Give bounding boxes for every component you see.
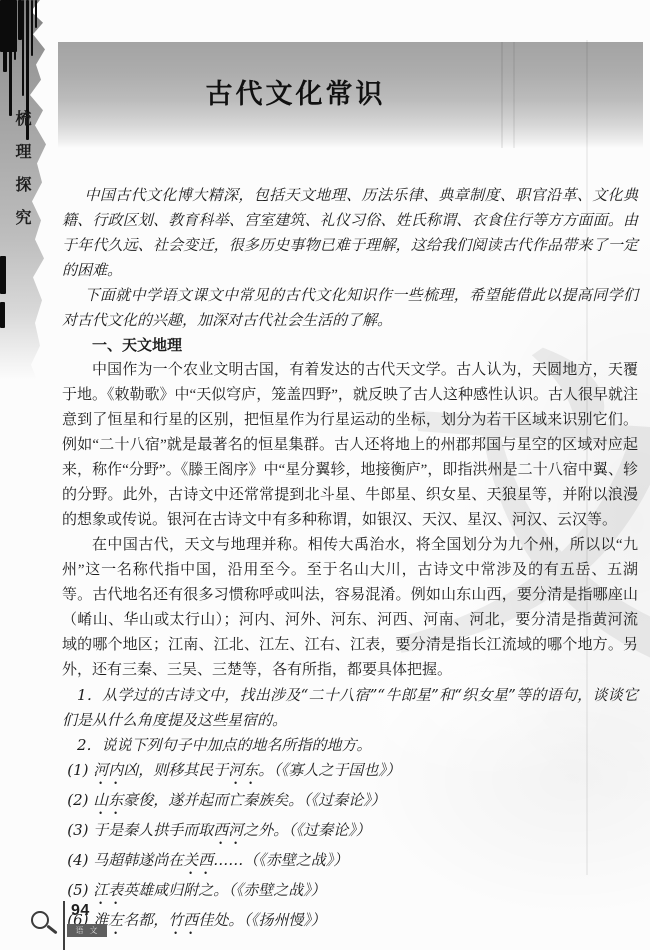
text-segment: 马超韩遂尚在 <box>93 851 183 869</box>
dotted-place-name: 河内 <box>93 761 123 779</box>
text-segment: 名都， <box>123 911 168 929</box>
text-segment: 于是秦人拱手而取 <box>93 821 213 839</box>
textbook-page: { "page": { "title": "古代文化常识", "sidebar_… <box>0 0 650 950</box>
intro-paragraph: 下面就中学语文课文中常见的古代文化知识作一些梳理，希望能借此以提高同学们对古代文… <box>62 283 638 333</box>
page-number: 94 <box>71 902 90 920</box>
text-segment: 。（《寡人之于国也》） <box>258 761 401 779</box>
exercise-item-2: (2) 山东豪俊，遂并起而亡秦族矣。（《过秦论》） <box>62 788 638 818</box>
text-segment: (5) <box>67 881 93 899</box>
text-segment: 豪俊，遂并起而亡秦族矣。（《过秦论》） <box>123 791 386 809</box>
dotted-place-name: 江表 <box>93 881 123 899</box>
text-segment: 英雄咸归附之。（《赤壁之战》） <box>123 881 326 899</box>
spine-ink-streak <box>35 0 37 28</box>
page-title: 古代文化常识 <box>3 42 588 111</box>
exercise-item-4: (4) 马超韩遂尚在关西……（《赤壁之战》） <box>62 848 638 878</box>
section-heading: 一、天文地理 <box>62 333 638 358</box>
exercise-question-1: 1．从学过的古诗文中，找出涉及“二十八宿”“牛郎星”和“织女星”等的语句，谈谈它… <box>62 683 638 733</box>
body-paragraph: 中国作为一个农业文明古国，有着发达的古代天文学。古人认为，天圆地方，天覆于地。《… <box>62 358 638 533</box>
text-segment: (2) <box>67 791 93 809</box>
main-text-column: 中国古代文化博大精深，包括天文地理、历法乐律、典章制度、职官沿革、文化典籍、行政… <box>62 183 638 938</box>
chapter-title-banner: 古代文化常识 <box>58 42 643 148</box>
body-paragraph: 在中国古代，天文与地理并称。相传大禹治水，将全国划分为九个州，所以以“九州”这一… <box>62 533 638 683</box>
magnifier-icon-handle <box>46 925 57 935</box>
spine-ink-streak <box>3 0 7 72</box>
unit-vertical-label: 梳理探究 <box>11 110 34 242</box>
dotted-place-name: 西河 <box>213 821 243 839</box>
subject-badge: 语文 <box>67 924 107 937</box>
dotted-place-name: 河东 <box>228 761 258 779</box>
text-segment: ……（《赤壁之战》） <box>213 851 348 869</box>
exercise-item-1: (1) 河内凶，则移其民于河东。（《寡人之于国也》） <box>62 758 638 788</box>
dotted-place-name: 关西 <box>183 851 213 869</box>
text-segment: (1) <box>67 761 93 779</box>
text-segment: (4) <box>67 851 93 869</box>
exercise-item-5: (5) 江表英雄咸归附之。（《赤壁之战》） <box>62 878 638 908</box>
text-segment: 之外。（《过秦论》） <box>243 821 371 839</box>
text-segment: 佳处。（《扬州慢》） <box>198 911 326 929</box>
spine-ink-dash <box>0 302 5 328</box>
exercise-item-6: (6) 淮左名都，竹西佳处。（《扬州慢》） <box>62 908 638 938</box>
exercise-item-3: (3) 于是秦人拱手而取西河之外。（《过秦论》） <box>62 818 638 848</box>
spine-ink-streak <box>14 0 16 60</box>
spine-ink-dash <box>0 256 6 294</box>
spine-ink-streak <box>31 0 33 56</box>
dotted-place-name: 山东 <box>93 791 123 809</box>
intro-paragraph: 中国古代文化博大精深，包括天文地理、历法乐律、典章制度、职官沿革、文化典籍、行政… <box>62 183 638 283</box>
dotted-place-name: 竹西 <box>168 911 198 929</box>
footer-divider <box>63 901 65 950</box>
spine-ink-streak <box>22 0 24 96</box>
exercise-question-2-lead: 2．说说下列句子中加点的地名所指的地方。 <box>62 733 638 758</box>
spine-ink-streak <box>9 0 12 116</box>
text-segment: 凶，则移其民于 <box>123 761 228 779</box>
text-segment: (3) <box>67 821 93 839</box>
